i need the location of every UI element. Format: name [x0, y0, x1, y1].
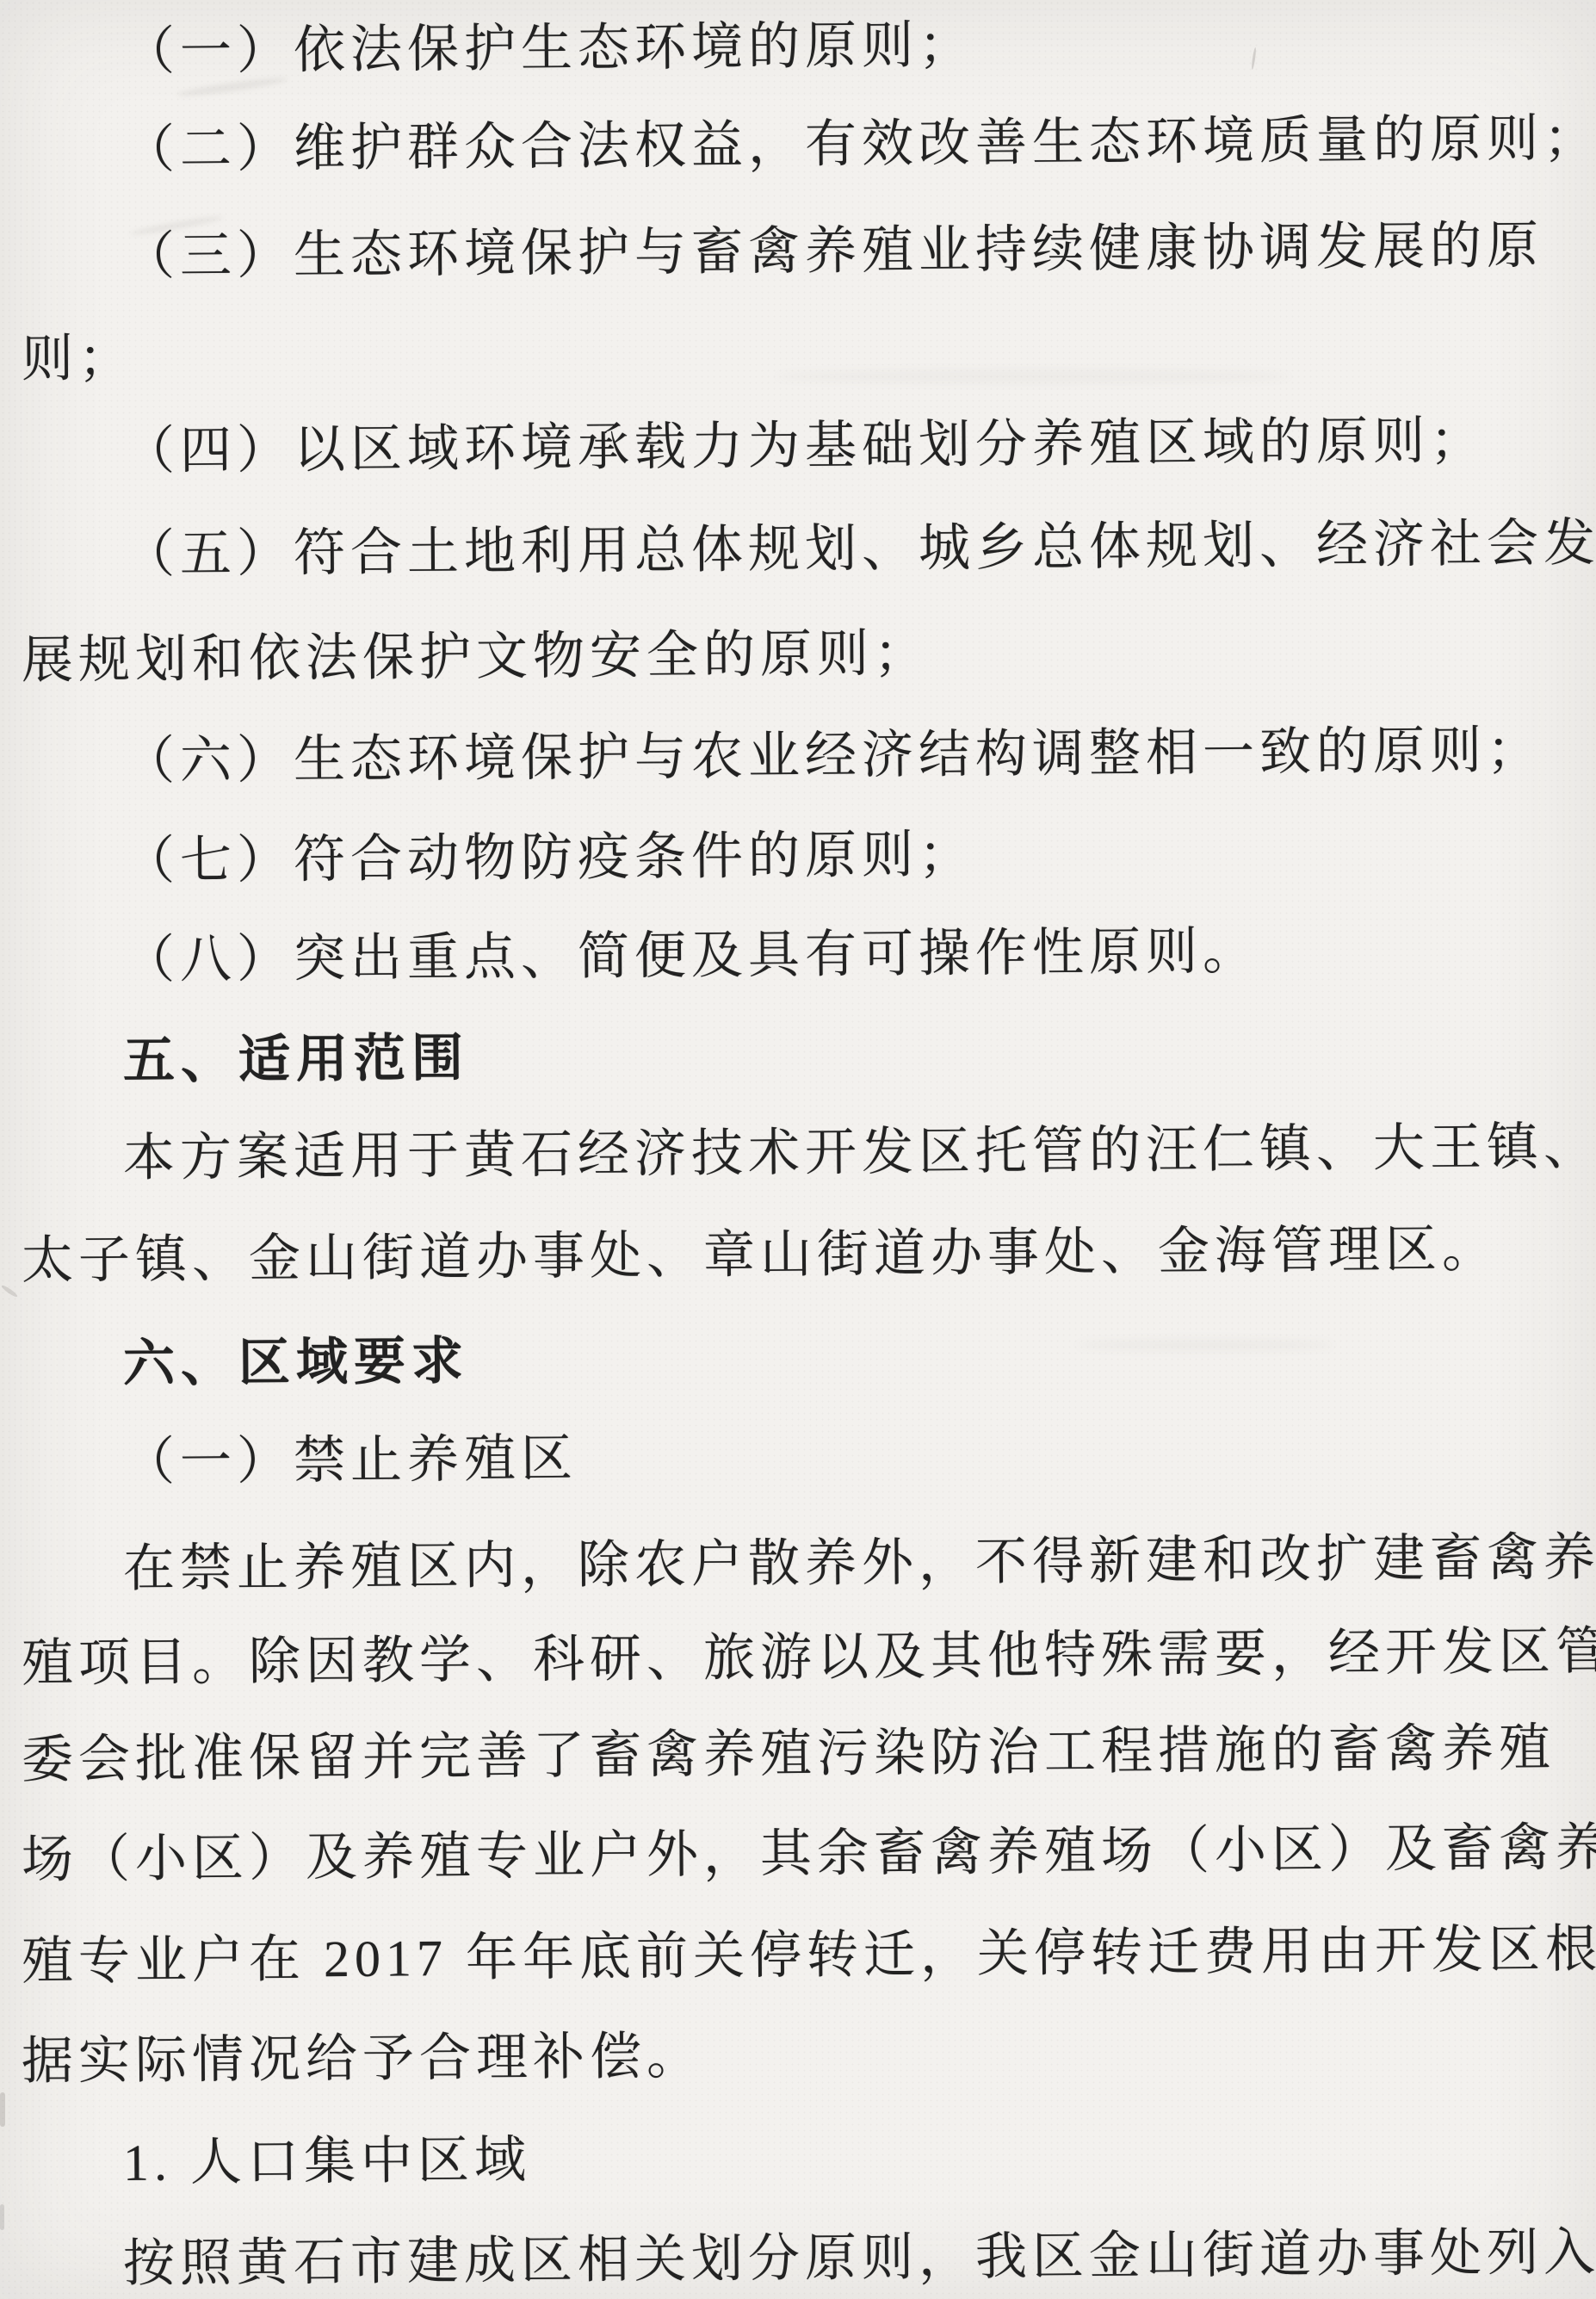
stray-mark-artifact — [1251, 47, 1257, 70]
scope-paragraph-line-1: 本方案适用于黄石经济技术开发区托管的汪仁镇、大王镇、 — [123, 1119, 1596, 1186]
principle-item-3-line-2: 则； — [22, 331, 135, 387]
prohibited-zone-paragraph-line-3: 委会批准保留并完善了畜禽养殖污染防治工程措施的畜禽养殖 — [22, 1720, 1556, 1788]
population-area-paragraph-line-1: 按照黄石市建成区相关划分原则，我区金山街道办事处列入 — [123, 2225, 1596, 2291]
principle-item-7: （七）符合动物防疫条件的原则； — [123, 827, 975, 889]
bleed-through-artifact — [1076, 1339, 1334, 1351]
edge-mark-artifact — [0, 2204, 4, 2230]
principle-item-4: （四）以区域环境承载力为基础划分养殖区域的原则； — [123, 413, 1487, 479]
prohibited-zone-paragraph-line-6: 据实际情况给予合理补偿。 — [22, 2029, 703, 2089]
principle-item-3-line-1: （三）生态环境保护与畜禽养殖业持续健康协调发展的原 — [123, 218, 1543, 284]
edge-mark-artifact — [0, 2092, 5, 2127]
principle-item-8: （八）突出重点、简便及具有可操作性原则。 — [123, 924, 1259, 988]
scanned-document-page: （一）依法保护生态环境的原则； （二）维护群众合法权益，有效改善生态环境质量的原… — [0, 0, 1596, 2299]
principle-item-5-line-1: （五）符合土地利用总体规划、城乡总体规划、经济社会发 — [123, 516, 1596, 582]
bleed-through-artifact — [775, 369, 1291, 384]
edge-mark-artifact — [1, 1284, 19, 1298]
principle-item-6: （六）生态环境保护与农业经济结构调整相一致的原则； — [123, 722, 1543, 789]
principle-item-2: （二）维护群众合法权益，有效改善生态环境质量的原则； — [123, 111, 1596, 177]
principle-item-1: （一）依法保护生态环境的原则； — [123, 17, 975, 79]
section-heading-5-scope: 五、适用范围 — [123, 1031, 469, 1088]
prohibited-zone-paragraph-line-1: 在禁止养殖区内，除农户散养外，不得新建和改扩建畜禽养 — [123, 1530, 1596, 1596]
subheading-population-concentration-area: 1. 人口集中区域 — [123, 2132, 531, 2191]
section-heading-6-regional-requirements: 六、区域要求 — [123, 1334, 469, 1391]
prohibited-zone-paragraph-line-2: 殖项目。除因教学、科研、旅游以及其他特殊需要，经开发区管 — [22, 1623, 1596, 1691]
prohibited-zone-paragraph-line-5: 殖专业户在 2017 年年底前关停转迁，关停转迁费用由开发区根 — [22, 1922, 1596, 1989]
principle-item-5-line-2: 展规划和依法保护文物安全的原则； — [22, 626, 931, 688]
prohibited-zone-paragraph-line-4: 场（小区）及养殖专业户外，其余畜禽养殖场（小区）及畜禽养 — [22, 1819, 1596, 1887]
scope-paragraph-line-2: 太子镇、金山街道办事处、章山街道办事处、金海管理区。 — [22, 1222, 1499, 1288]
subheading-prohibited-breeding-zone: （一）禁止养殖区 — [123, 1431, 578, 1490]
